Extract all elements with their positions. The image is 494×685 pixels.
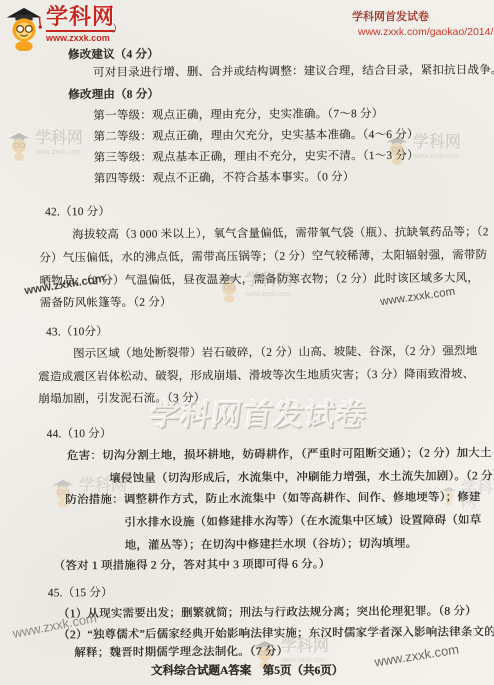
answer-line: （1）从现实需要出发；删繁就简；刑法与行政法规分离；突出伦理犯罪。（8 分） — [58, 602, 477, 621]
grade-level-line: 第一等级：观点正确，理由充分，史实准确。（7～8 分） — [93, 105, 383, 123]
prevention-line: 地，灌丛等）；在切沟中修建拦水坝（谷坊）；切沟填埋。 — [124, 535, 417, 553]
answer-line: 分）气压偏低，水的沸点低，需带高压锅等；（2 分）空气较稀薄，太阳辐射强，需带防 — [39, 246, 487, 265]
scoring-note-line: （答对 1 项措施得 2 分，答对其中 3 项即可得 6 分。） — [53, 555, 330, 573]
answer-line: 图示区域（地处断裂带）岩石破碎，（2 分）山高、坡陡、谷深，（2 分）强烈地 — [73, 342, 477, 361]
grade-level-line: 第四等级：观点不正确，不符合基本事实。（0 分） — [94, 168, 355, 186]
question-43-heading: 43.（10分） — [46, 323, 108, 339]
question-44-heading: 44.（10 分） — [47, 425, 112, 441]
hazard-line: 危害：切沟分割土地，损坏耕地，妨碍耕作，（严重时可阻断交通）；（2 分）加大土 — [67, 444, 492, 463]
question-45-heading: 45.（15 分） — [48, 584, 113, 600]
answer-line: 崩塌加剧，引发泥石流。（3 分） — [38, 389, 205, 406]
answer-line: 可对目录进行增、删、合并或结构调整：建议合理，结合目录，紧扣抗日战争。 — [93, 61, 494, 80]
grade-level-line: 第三等级：观点基本正确，理由不充分，史实不清。（1～3 分） — [94, 147, 419, 165]
revision-suggestion-heading: 修改建议（4 分） — [68, 46, 159, 63]
answer-line: 解释；魏晋时期儒学理念法制化。（7 分） — [74, 643, 288, 660]
revision-reason-heading: 修改理由（8 分） — [68, 86, 159, 103]
answer-line: 晒物品；（2 分）气温偏低，昼夜温差大，需备防寒衣物；（2 分）此时该区域多大风… — [40, 269, 480, 288]
prevention-line: 引水排水设施（如修建排水沟等）（在水流集中区域）设置障碍（如草 — [124, 511, 481, 529]
answer-line: 海拔较高（3 000 米以上），氧气含量偏低，需带氧气袋（瓶）、抗缺氧药品等；（… — [72, 223, 489, 242]
page-footer: 文科综合试题A答案 第5页（共6页） — [0, 662, 494, 678]
scanned-answer-page: 学科网www.zxxk.com 学科网www.zxxk.com 学科网www.z… — [0, 0, 494, 685]
question-42-heading: 42.（10 分） — [45, 203, 110, 219]
answer-line: （2）“独尊儒术”后儒家经典开始影响法律实施；东汉时儒家学者深入影响法律条文的 — [58, 623, 494, 642]
answer-line: 需备防风帐篷等。（2 分） — [40, 294, 172, 311]
grade-level-line: 第二等级：观点正确，理由欠充分，史实基本准确。（4～6 分） — [93, 126, 418, 144]
answer-line: 震造成震区岩体松动、破裂，形成崩塌、滑坡等次生地质灾害；（3 分）降雨致滑坡、 — [38, 365, 474, 384]
document-body: 修改建议（4 分） 可对目录进行增、删、合并或结构调整：建议合理，结合目录，紧扣… — [0, 0, 494, 685]
prevention-line: 防治措施：调整耕作方式，防止水流集中（如等高耕作、间作、修地埂等）；修建 — [65, 488, 481, 507]
hazard-line: 壤侵蚀量（切沟形成后，水流集中，冲刷能力增强，水土流失加剧）。（2 分） — [109, 467, 494, 486]
